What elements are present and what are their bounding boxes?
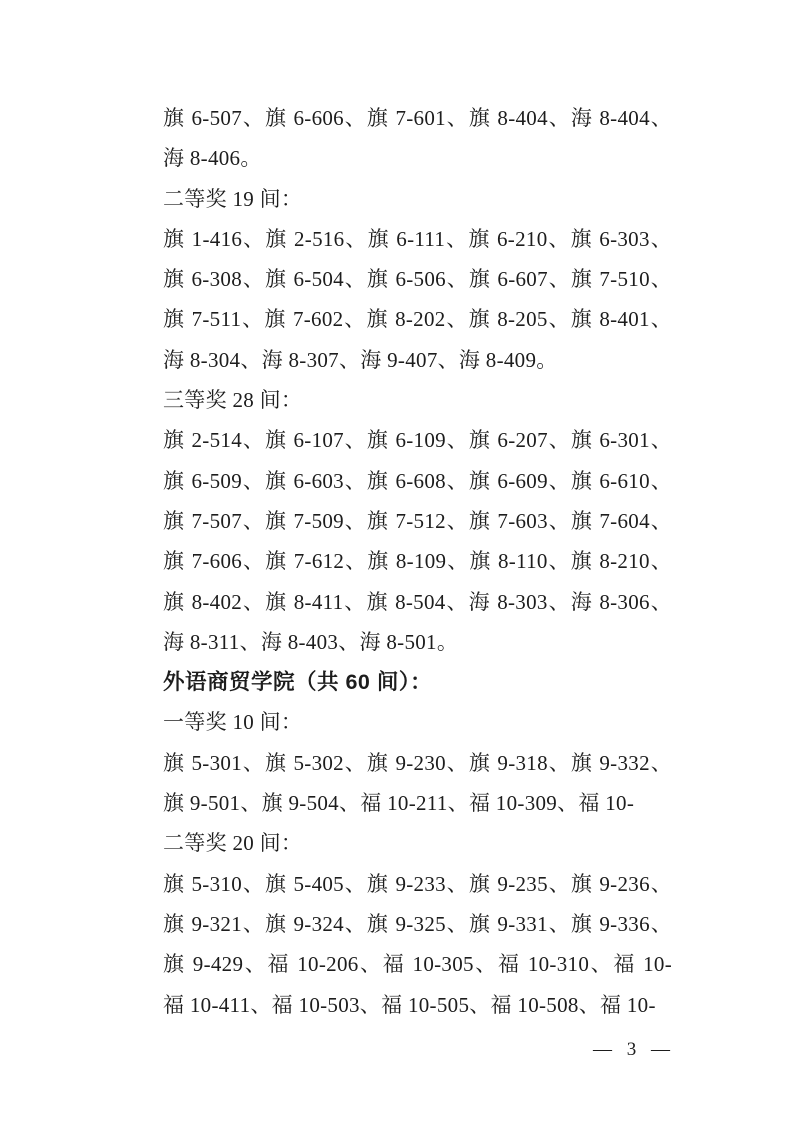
prize-tier-label-first: 一等奖 10 间： [163,702,672,742]
room-list-line: 旗 7-511、旗 7-602、旗 8-202、旗 8-205、旗 8-401、 [163,299,672,339]
room-list-line: 旗 9-501、旗 9-504、福 10-211、福 10-309、福 10-5… [163,783,672,823]
document-page: 旗 6-507、旗 6-606、旗 7-601、旗 8-404、海 8-404、… [0,0,794,1123]
room-list-line: 旗 1-416、旗 2-516、旗 6-111、旗 6-210、旗 6-303、 [163,219,672,259]
college-section-heading: 外语商贸学院（共 60 间）： [163,662,672,702]
room-list-line: 旗 5-310、旗 5-405、旗 9-233、旗 9-235、旗 9-236、 [163,864,672,904]
document-body: 旗 6-507、旗 6-606、旗 7-601、旗 8-404、海 8-404、… [163,98,672,1025]
room-list-line: 海 8-406。 [163,138,672,178]
room-list-line: 福 10-411、福 10-503、福 10-505、福 10-508、福 10… [163,985,672,1025]
room-list-line: 旗 6-308、旗 6-504、旗 6-506、旗 6-607、旗 7-510、 [163,259,672,299]
room-list-line: 旗 9-429、福 10-206、福 10-305、福 10-310、福 10-… [163,944,672,984]
prize-tier-label-second: 二等奖 19 间： [163,179,672,219]
room-list-line: 旗 8-402、旗 8-411、旗 8-504、海 8-303、海 8-306、 [163,582,672,622]
room-list-line: 旗 6-509、旗 6-603、旗 6-608、旗 6-609、旗 6-610、 [163,461,672,501]
room-list-line: 旗 9-321、旗 9-324、旗 9-325、旗 9-331、旗 9-336、 [163,904,672,944]
prize-tier-label-third: 三等奖 28 间： [163,380,672,420]
page-number: — 3 — [593,1038,670,1062]
room-list-line: 旗 2-514、旗 6-107、旗 6-109、旗 6-207、旗 6-301、 [163,420,672,460]
room-list-line: 旗 6-507、旗 6-606、旗 7-601、旗 8-404、海 8-404、 [163,98,672,138]
room-list-line: 旗 5-301、旗 5-302、旗 9-230、旗 9-318、旗 9-332、 [163,743,672,783]
room-list-line: 海 8-311、海 8-403、海 8-501。 [163,622,672,662]
room-list-line: 旗 7-606、旗 7-612、旗 8-109、旗 8-110、旗 8-210、 [163,541,672,581]
room-list-line: 海 8-304、海 8-307、海 9-407、海 8-409。 [163,340,672,380]
room-list-line: 旗 7-507、旗 7-509、旗 7-512、旗 7-603、旗 7-604、 [163,501,672,541]
prize-tier-label-second: 二等奖 20 间： [163,823,672,863]
